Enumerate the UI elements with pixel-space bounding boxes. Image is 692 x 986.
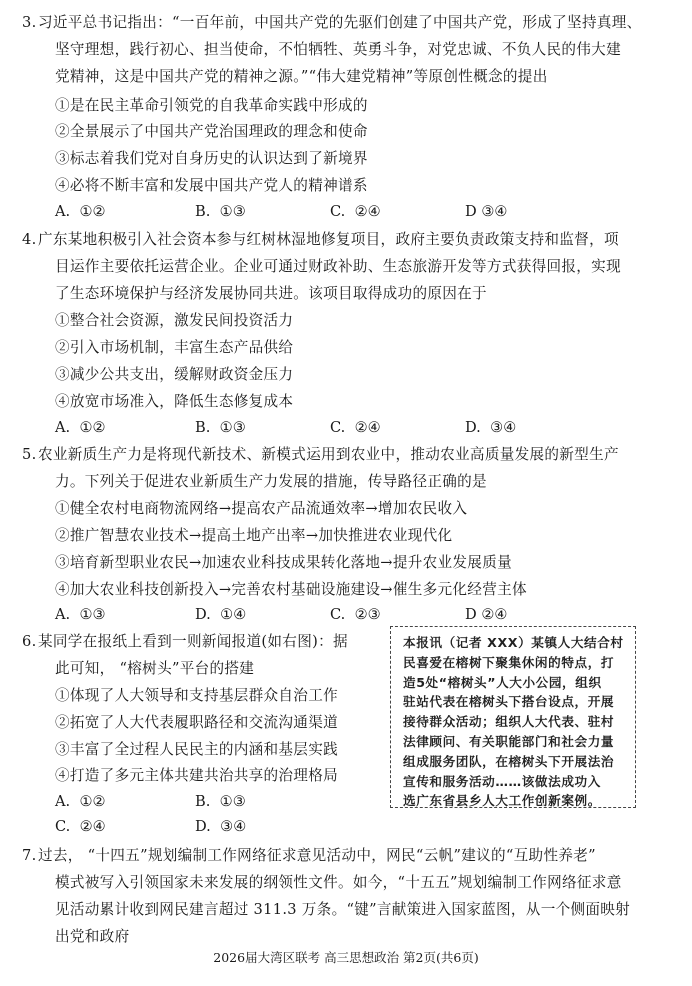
option-a[interactable]: A. ①② bbox=[55, 418, 106, 438]
question-stem-line: 过去， “十四五”规划编制工作网络征求意见活动中，网民“云帆”建议的“互助性养老… bbox=[38, 846, 596, 866]
statement: ②拓宽了人大代表履职路径和交流沟通渠道 bbox=[55, 713, 338, 733]
option-c[interactable]: C. ②④ bbox=[330, 418, 381, 438]
option-d[interactable]: D. ③④ bbox=[195, 817, 246, 837]
question-stem-line: 广东某地积极引入社会资本参与红树林湿地修复项目，政府主要负责政策支持和监督，项 bbox=[38, 230, 619, 250]
statement: ④必将不断丰富和发展中国共产党人的精神谱系 bbox=[55, 176, 368, 196]
statement: ②引入市场机制，丰富生态产品供给 bbox=[55, 338, 293, 358]
question-number: 4. bbox=[22, 230, 37, 250]
statement: ④加大农业科技创新投入→完善农村基础设施建设→催生多元化经营主体 bbox=[55, 580, 527, 600]
option-b[interactable]: B. ①③ bbox=[195, 418, 246, 438]
statement: ④打造了多元主体共建共治共享的治理格局 bbox=[55, 766, 338, 786]
page-footer: 2026届大湾区联考 高三思想政治 第2页(共6页) bbox=[0, 948, 692, 966]
option-b[interactable]: B. ①③ bbox=[195, 202, 246, 222]
question-stem-line: 某同学在报纸上看到一则新闻报道(如右图)：据 bbox=[38, 632, 348, 652]
statement: ③标志着我们党对自身历史的认识达到了新境界 bbox=[55, 149, 368, 169]
question-number: 5. bbox=[22, 445, 37, 465]
statement: ②推广智慧农业技术→提高土地产出率→加快推进农业现代化 bbox=[55, 526, 452, 546]
question-stem-line: 坚守理想，践行初心、担当使命，不怕牺牲、英勇斗争，对党忠诚、不负人民的伟大建 bbox=[55, 40, 621, 60]
question-stem-line: 党精神，这是中国共产党的精神之源。”“伟大建党精神”等原创性概念的提出 bbox=[55, 67, 548, 87]
news-line: 组成服务团队，在榕树头下开展法治 bbox=[403, 752, 627, 772]
option-b[interactable]: D. ①④ bbox=[195, 605, 246, 625]
news-line: 法律顾问、有关职能部门和社会力量 bbox=[403, 732, 627, 752]
news-line: 驻站代表在榕树头下搭台设点，开展 bbox=[403, 692, 627, 712]
statement: ①体现了人大领导和支持基层群众自治工作 bbox=[55, 686, 338, 706]
option-c[interactable]: C. ②④ bbox=[330, 202, 381, 222]
option-d[interactable]: D. ③④ bbox=[465, 418, 516, 438]
question-stem-line: 目运作主要依托运营企业。企业可通过财政补助、生态旅游开发等方式获得回报，实现 bbox=[55, 257, 621, 277]
statement: ④放宽市场准入，降低生态修复成本 bbox=[55, 392, 293, 412]
option-d[interactable]: D ③④ bbox=[465, 202, 508, 222]
question-stem-line: 习近平总书记指出：“一百年前，中国共产党的先驱们创建了中国共产党，形成了坚持真理… bbox=[38, 13, 642, 33]
question-stem-line: 农业新质生产力是将现代新技术、新模式运用到农业中，推动农业高质量发展的新型生产 bbox=[38, 445, 619, 465]
statement: ①健全农村电商物流网络→提高农产品流通效率→增加农民收入 bbox=[55, 499, 467, 519]
news-line: 接待群众活动；组织人大代表、驻村 bbox=[403, 712, 627, 732]
option-d[interactable]: D ②④ bbox=[465, 605, 508, 625]
option-a[interactable]: A. ①③ bbox=[55, 605, 106, 625]
statement: ③减少公共支出，缓解财政资金压力 bbox=[55, 365, 293, 385]
news-line: 选广东省县乡人大工作创新案例。 bbox=[403, 791, 627, 811]
option-b[interactable]: B. ①③ bbox=[195, 792, 246, 812]
news-report-box: 本报讯（记者 XXX）某镇人大结合村 民喜爱在榕树下聚集休闲的特点，打 造5处“… bbox=[390, 626, 636, 808]
news-line: 民喜爱在榕树下聚集休闲的特点，打 bbox=[403, 653, 627, 673]
statement: ③培育新型职业农民→加速农业科技成果转化落地→提升农业发展质量 bbox=[55, 553, 512, 573]
question-stem-line: 见活动累计收到网民建言超过 311.3 万条。“键”言献策进入国家蓝图，从一个侧… bbox=[55, 900, 630, 920]
statement: ②全景展示了中国共产党治国理政的理念和使命 bbox=[55, 122, 368, 142]
question-number: 6. bbox=[22, 632, 37, 652]
option-c[interactable]: C. ②③ bbox=[330, 605, 381, 625]
question-number: 3. bbox=[22, 13, 37, 33]
option-a[interactable]: A. ①② bbox=[55, 202, 106, 222]
question-stem-line: 力。下列关于促进农业新质生产力发展的措施，传导路径正确的是 bbox=[55, 472, 487, 492]
question-stem-line: 出党和政府 bbox=[55, 927, 129, 947]
statement: ③丰富了全过程人民民主的内涵和基层实践 bbox=[55, 740, 338, 760]
option-a[interactable]: A. ①② bbox=[55, 792, 106, 812]
option-c[interactable]: C. ②④ bbox=[55, 817, 106, 837]
question-stem-line: 此可知， “榕树头”平台的搭建 bbox=[55, 659, 254, 679]
news-line: 宣传和服务活动……该做法成功入 bbox=[403, 772, 627, 792]
question-stem-line: 模式被写入引领国家未来发展的纲领性文件。如今，“十五五”规划编制工作网络征求意 bbox=[55, 873, 622, 893]
statement: ①是在民主革命引领党的自我革命实践中形成的 bbox=[55, 96, 368, 116]
question-number: 7. bbox=[22, 846, 37, 866]
news-line: 本报讯（记者 XXX）某镇人大结合村 bbox=[403, 633, 627, 653]
news-line: 造5处“榕树头”人大小公园，组织 bbox=[403, 673, 627, 693]
statement: ①整合社会资源，激发民间投资活力 bbox=[55, 311, 293, 331]
question-stem-line: 了生态环境保护与经济发展协同共进。该项目取得成功的原因在于 bbox=[55, 284, 487, 304]
